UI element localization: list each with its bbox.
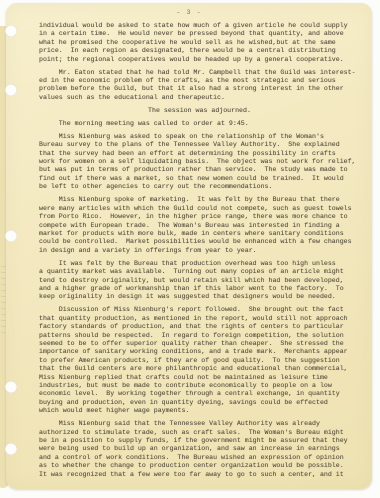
punch-hole xyxy=(5,230,17,242)
document-body: individual would be asked to state how m… xyxy=(39,22,360,479)
paragraph: The morning meeting was called to order … xyxy=(39,120,360,128)
paragraph: It was felt by the Bureau that productio… xyxy=(39,260,360,302)
paragraph: Discussion of Miss Nienburg's report fol… xyxy=(39,306,360,415)
punch-hole xyxy=(5,443,17,455)
punch-hole xyxy=(5,381,17,393)
paragraph: Miss Nienburg spoke of marketing. It was… xyxy=(39,196,360,255)
punch-hole xyxy=(5,84,17,96)
paragraph: individual would be asked to state how m… xyxy=(39,22,360,64)
punch-hole xyxy=(5,25,17,37)
document-page: - 3 - individual would be asked to state… xyxy=(6,3,372,489)
scan-background: - 3 - individual would be asked to state… xyxy=(0,0,380,498)
paragraph: The session was adjourned. xyxy=(39,107,360,115)
paragraph: Mr. Eaton stated that he had told Mr. Ca… xyxy=(39,69,360,103)
paragraph: Miss Nienburg was asked to speak on the … xyxy=(39,133,360,192)
paragraph: Miss Nienburg said that the Tennessee Va… xyxy=(39,420,360,479)
page-number: - 3 - xyxy=(6,9,372,17)
